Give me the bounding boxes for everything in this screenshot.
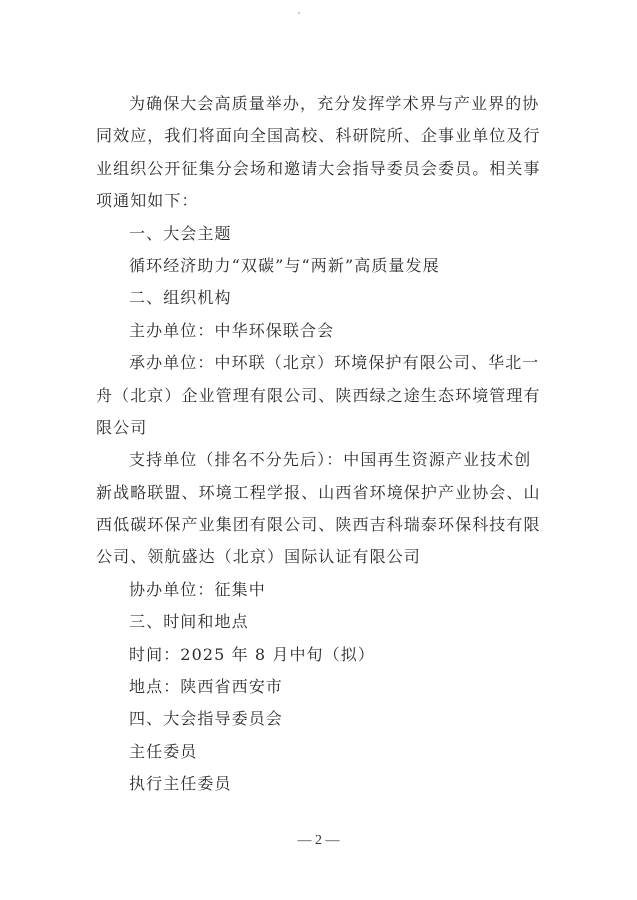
event-place: 地点：陕西省西安市 [96, 671, 542, 703]
page-number: — 2 — [0, 833, 637, 849]
supporters-line-4: 公司、领航盛达（北京）国际认证有限公司 [96, 541, 542, 573]
scan-mark [298, 12, 300, 14]
intro-line-1: 为确保大会高质量举办，充分发挥学术界与产业界的协 [96, 88, 542, 120]
organizer-line-1: 承办单位：中环联（北京）环境保护有限公司、华北一 [96, 347, 542, 379]
section-heading-committee: 四、大会指导委员会 [96, 703, 542, 735]
intro-line-2: 同效应，我们将面向全国高校、科研院所、企事业单位及行 [96, 120, 542, 152]
event-time: 时间：2025 年 8 月中旬（拟） [96, 639, 542, 671]
section-heading-time-place: 三、时间和地点 [96, 606, 542, 638]
document-page: 为确保大会高质量举办，充分发挥学术界与产业界的协 同效应，我们将面向全国高校、科… [0, 0, 637, 900]
organizer-line-2: 舟（北京）企业管理有限公司、陕西绿之途生态环境管理有 [96, 380, 542, 412]
section-heading-theme: 一、大会主题 [96, 218, 542, 250]
supporters-line-2: 新战略联盟、环境工程学报、山西省环境保护产业协会、山 [96, 477, 542, 509]
document-body: 为确保大会高质量举办，充分发挥学术界与产业界的协 同效应，我们将面向全国高校、科… [96, 88, 542, 801]
intro-line-3: 业组织公开征集分会场和邀请大会指导委员会委员。相关事 [96, 153, 542, 185]
committee-executive-director: 执行主任委员 [96, 768, 542, 800]
section-heading-organization: 二、组织机构 [96, 282, 542, 314]
conference-theme: 循环经济助力“双碳”与“两新”高质量发展 [96, 250, 542, 282]
supporters-line-1: 支持单位（排名不分先后）：中国再生资源产业技术创 [96, 444, 542, 476]
supporters-line-3: 西低碳环保产业集团有限公司、陕西吉科瑞泰环保科技有限 [96, 509, 542, 541]
host-unit: 主办单位：中华环保联合会 [96, 315, 542, 347]
committee-director: 主任委员 [96, 736, 542, 768]
co-organizer: 协办单位：征集中 [96, 574, 542, 606]
organizer-line-3: 限公司 [96, 412, 542, 444]
intro-line-4: 项通知如下： [96, 185, 542, 217]
